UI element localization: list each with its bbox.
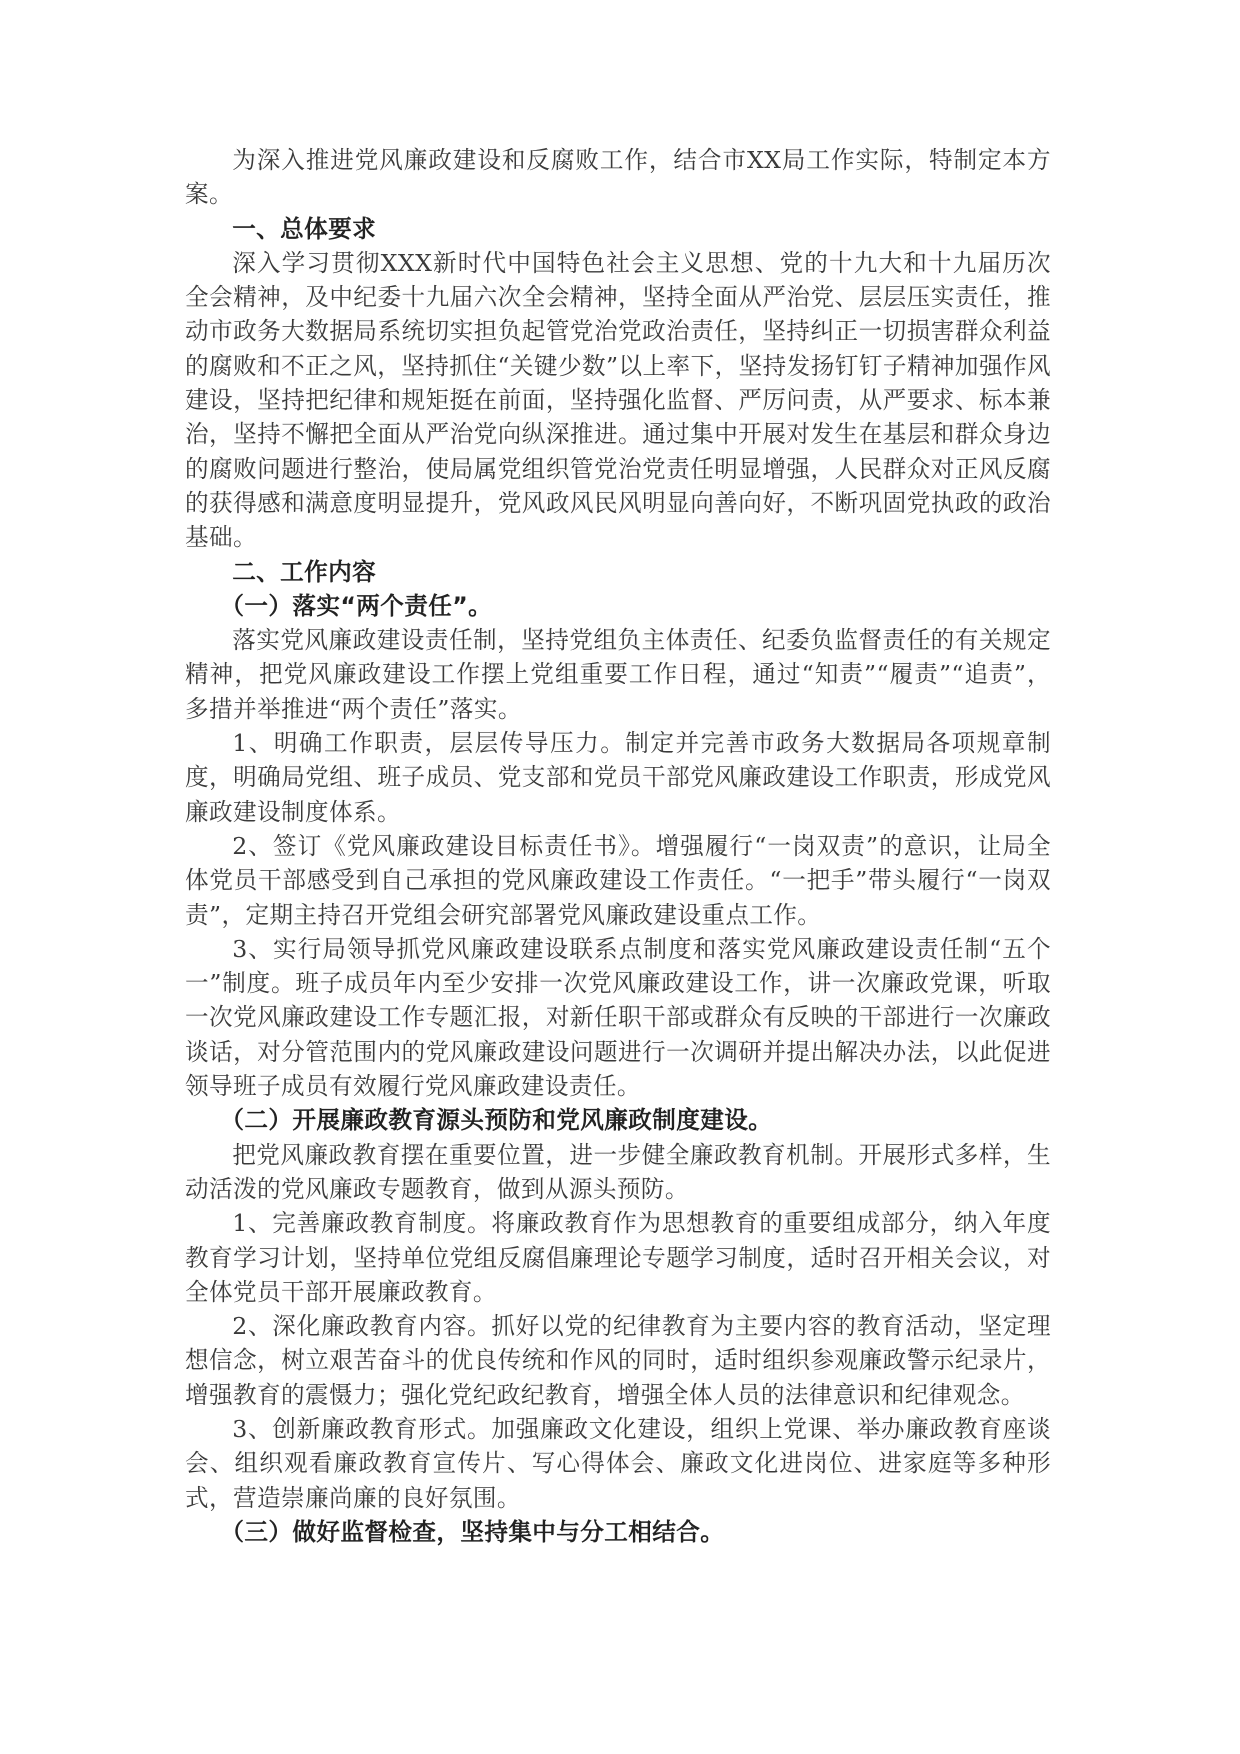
paragraph: 2、签订《党风廉政建设目标责任书》。增强履行“一岗双责”的意识，让局全体党员干部… <box>185 829 1051 932</box>
section-heading-work-content: 二、工作内容 <box>185 555 1051 589</box>
section-heading-general-requirements: 一、总体要求 <box>185 212 1051 246</box>
paragraph: 2、深化廉政教育内容。抓好以党的纪律教育为主要内容的教育活动，坚定理想信念，树立… <box>185 1309 1051 1412</box>
paragraph: 深入学习贯彻XXX新时代中国特色社会主义思想、党的十九大和十九届历次全会精神，及… <box>185 246 1051 555</box>
subsection-heading-two-responsibilities: （一）落实“两个责任”。 <box>185 589 1051 623</box>
intro-paragraph: 为深入推进党风廉政建设和反腐败工作，结合市XX局工作实际，特制定本方案。 <box>185 143 1051 212</box>
paragraph: 3、创新廉政教育形式。加强廉政文化建设，组织上党课、举办廉政教育座谈会、组织观看… <box>185 1412 1051 1515</box>
document-page: 为深入推进党风廉政建设和反腐败工作，结合市XX局工作实际，特制定本方案。 一、总… <box>185 143 1051 1549</box>
paragraph: 1、完善廉政教育制度。将廉政教育作为思想教育的重要组成部分，纳入年度教育学习计划… <box>185 1206 1051 1309</box>
subsection-heading-education: （二）开展廉政教育源头预防和党风廉政制度建设。 <box>185 1103 1051 1137</box>
subsection-heading-supervision: （三）做好监督检查，坚持集中与分工相结合。 <box>185 1515 1051 1549</box>
paragraph: 把党风廉政教育摆在重要位置，进一步健全廉政教育机制。开展形式多样，生动活泼的党风… <box>185 1138 1051 1207</box>
paragraph: 1、明确工作职责，层层传导压力。制定并完善市政务大数据局各项规章制度，明确局党组… <box>185 726 1051 829</box>
paragraph: 落实党风廉政建设责任制，坚持党组负主体责任、纪委负监督责任的有关规定精神，把党风… <box>185 623 1051 726</box>
paragraph: 3、实行局领导抓党风廉政建设联系点制度和落实党风廉政建设责任制“五个一”制度。班… <box>185 932 1051 1103</box>
